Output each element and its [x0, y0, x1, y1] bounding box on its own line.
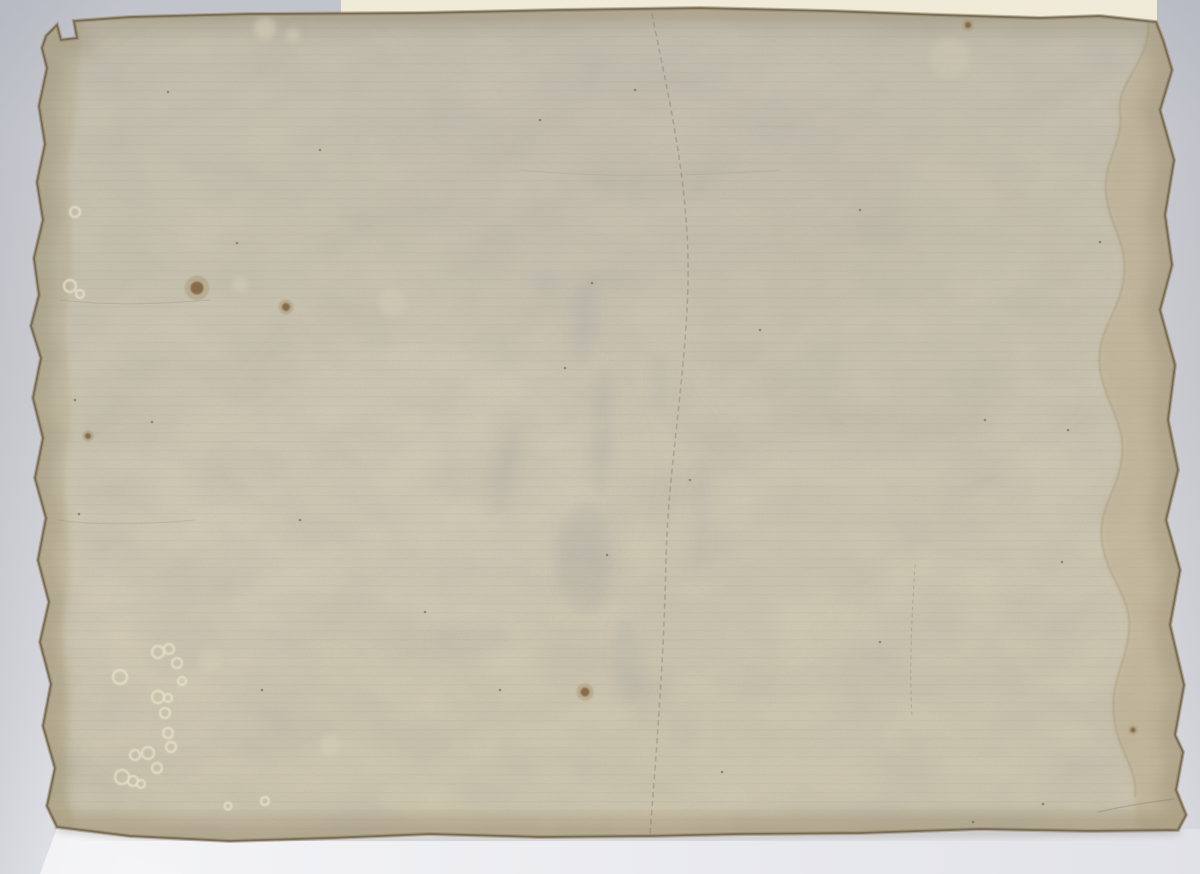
fiber-speck	[689, 479, 692, 482]
pale-blob	[232, 276, 248, 292]
fiber-speck	[261, 689, 264, 692]
foxing-spot	[965, 22, 971, 28]
fiber-speck	[721, 771, 724, 774]
fiber-speck	[859, 209, 862, 212]
foxing-spot	[282, 303, 290, 311]
fiber-speck	[424, 611, 427, 614]
fiber-speck	[299, 519, 302, 522]
fiber-speck	[1067, 429, 1070, 432]
fiber-speck	[74, 399, 77, 402]
pale-blob	[930, 38, 970, 78]
aged-paper-sheet	[0, 0, 1200, 874]
foxing-spot	[85, 433, 91, 439]
fiber-speck	[606, 554, 609, 557]
foxing-spot	[581, 688, 590, 697]
fiber-speck	[759, 329, 762, 332]
photograph-of-antique-paper-verso	[0, 0, 1200, 874]
photo-scene	[0, 0, 1200, 874]
pale-blob	[198, 648, 222, 672]
fiber-speck	[319, 149, 322, 152]
fiber-speck	[879, 641, 882, 644]
pale-blob	[320, 735, 340, 755]
foxing-spot	[1131, 728, 1136, 733]
fiber-speck	[78, 513, 81, 516]
pale-blob	[286, 28, 300, 42]
fiber-speck	[591, 282, 594, 285]
fiber-speck	[539, 119, 542, 122]
fiber-speck	[1099, 241, 1102, 244]
ghost-smudge	[652, 352, 668, 412]
ghost-smudge	[529, 268, 561, 296]
fiber-speck	[634, 89, 637, 92]
fiber-speck	[1042, 803, 1045, 806]
fiber-speck	[151, 421, 154, 424]
pale-blob	[254, 17, 276, 39]
fiber-speck	[167, 91, 170, 94]
paper-surface-detail	[0, 0, 1200, 874]
fiber-speck	[564, 367, 567, 370]
pale-blob	[378, 288, 406, 316]
fiber-speck	[499, 689, 502, 692]
fiber-speck	[972, 821, 975, 824]
fiber-speck	[236, 242, 239, 245]
ghost-smudge	[556, 504, 612, 616]
fiber-speck	[984, 419, 987, 422]
foxing-spot	[191, 282, 204, 295]
fiber-speck	[1061, 561, 1064, 564]
